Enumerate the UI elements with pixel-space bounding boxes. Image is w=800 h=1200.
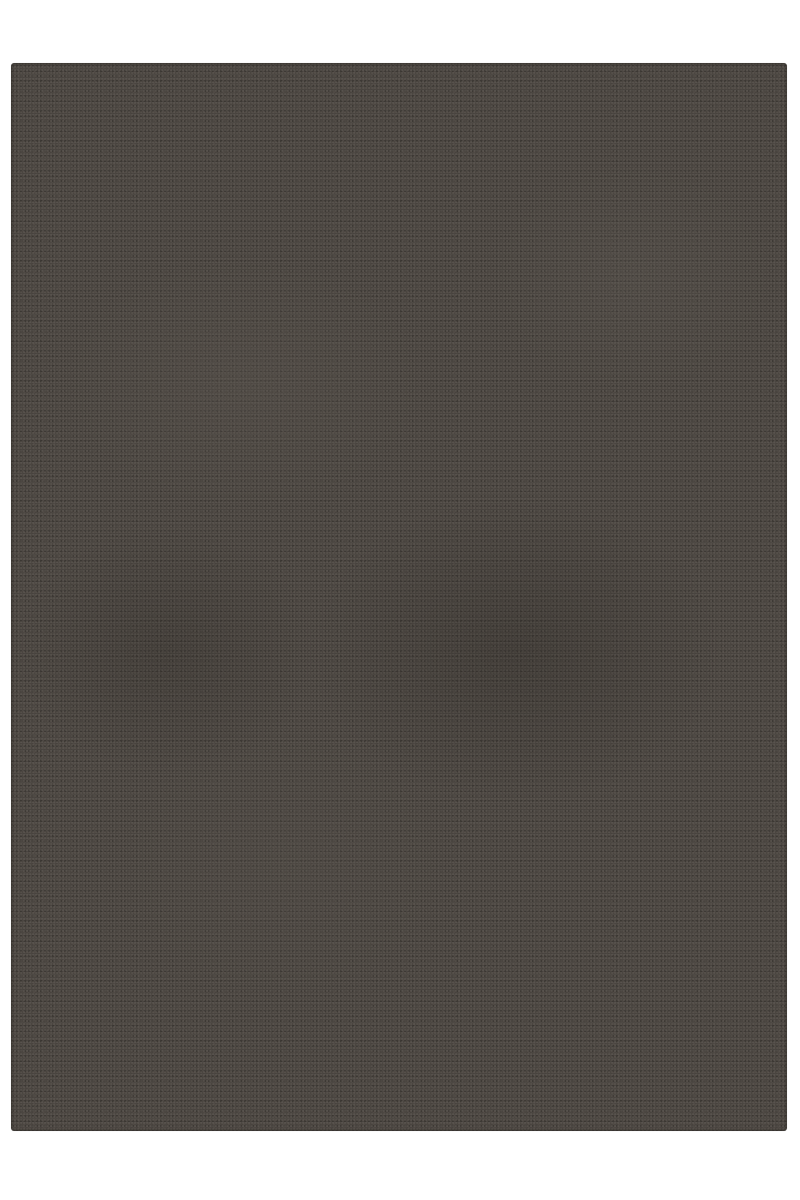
shag-rug xyxy=(11,63,787,1131)
product-photo xyxy=(0,0,800,1200)
